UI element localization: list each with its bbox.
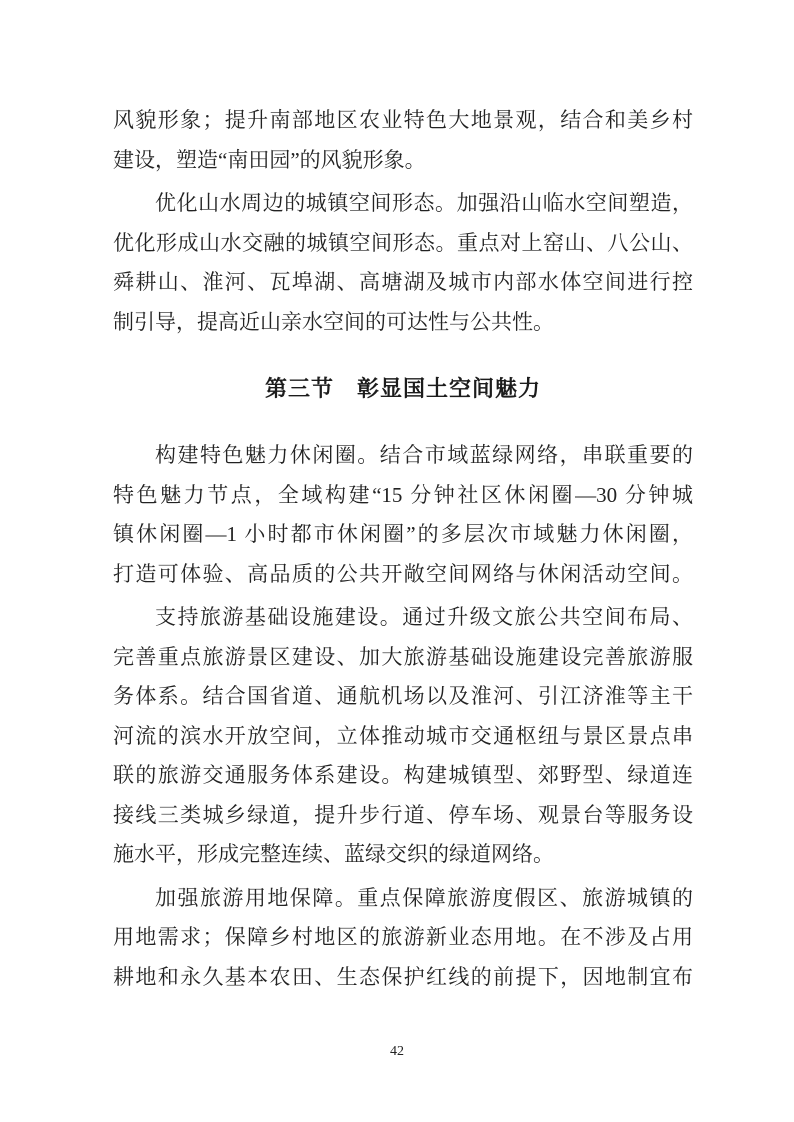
document-page: 风貌形象；提升南部地区农业特色大地景观，结合和美乡村建设，塑造“南田园”的风貌形… [0,0,794,1122]
text-line: 联的旅游交通服务体系建设。构建城镇型、郊野型、绿道连 [113,756,693,796]
text-line: 完善重点旅游景区建设、加大旅游基础设施建设完善旅游服 [113,638,693,678]
page-number: 42 [0,1044,794,1060]
text-line: 支持旅游基础设施建设。通过升级文旅公共空间布局、 [113,598,693,638]
text-line: 河流的滨水开放空间，立体推动城市交通枢纽与景区景点串 [113,717,693,757]
text-line: 制引导，提高近山亲水空间的可达性与公共性。 [113,303,693,343]
text-line: 特色魅力节点，全域构建“15 分钟社区休闲圈—30 分钟城 [113,476,693,516]
text-line: 优化山水周边的城镇空间形态。加强沿山临水空间塑造， [113,184,693,224]
text-block: 风貌形象；提升南部地区农业特色大地景观，结合和美乡村建设，塑造“南田园”的风貌形… [113,101,693,1001]
text-line: 镇休闲圈—1 小时都市休闲圈”的多层次市域魅力休闲圈， [113,515,693,555]
text-line: 接线三类城乡绿道，提升步行道、停车场、观景台等服务设 [113,796,693,836]
text-line: 打造可体验、高品质的公共开敞空间网络与休闲活动空间。 [113,555,693,595]
text-line: 耕地和永久基本农田、生态保护红线的前提下，因地制宜布 [113,958,693,998]
text-line: 舜耕山、淮河、瓦埠湖、高塘湖及城市内部水体空间进行控 [113,263,693,303]
text-line: 加强旅游用地保障。重点保障旅游度假区、旅游城镇的 [113,879,693,919]
text-line: 建设，塑造“南田园”的风貌形象。 [113,141,693,181]
text-line: 构建特色魅力休闲圈。结合市域蓝绿网络，串联重要的 [113,436,693,476]
paragraph: 构建特色魅力休闲圈。结合市域蓝绿网络，串联重要的特色魅力节点，全域构建“15 分… [113,436,693,594]
paragraph: 支持旅游基础设施建设。通过升级文旅公共空间布局、完善重点旅游景区建设、加大旅游基… [113,598,693,875]
text-line: 施水平，形成完整连续、蓝绿交织的绿道网络。 [113,835,693,875]
text-line: 优化形成山水交融的城镇空间形态。重点对上窑山、八公山、 [113,224,693,264]
section-heading: 第三节 彰显国土空间魅力 [113,372,693,406]
text-line: 务体系。结合国省道、通航机场以及淮河、引江济淮等主干 [113,677,693,717]
paragraph: 加强旅游用地保障。重点保障旅游度假区、旅游城镇的用地需求；保障乡村地区的旅游新业… [113,879,693,998]
text-line: 风貌形象；提升南部地区农业特色大地景观，结合和美乡村 [113,101,693,141]
paragraph: 优化山水周边的城镇空间形态。加强沿山临水空间塑造，优化形成山水交融的城镇空间形态… [113,184,693,342]
paragraph: 风貌形象；提升南部地区农业特色大地景观，结合和美乡村建设，塑造“南田园”的风貌形… [113,101,693,180]
text-line: 用地需求；保障乡村地区的旅游新业态用地。在不涉及占用 [113,918,693,958]
